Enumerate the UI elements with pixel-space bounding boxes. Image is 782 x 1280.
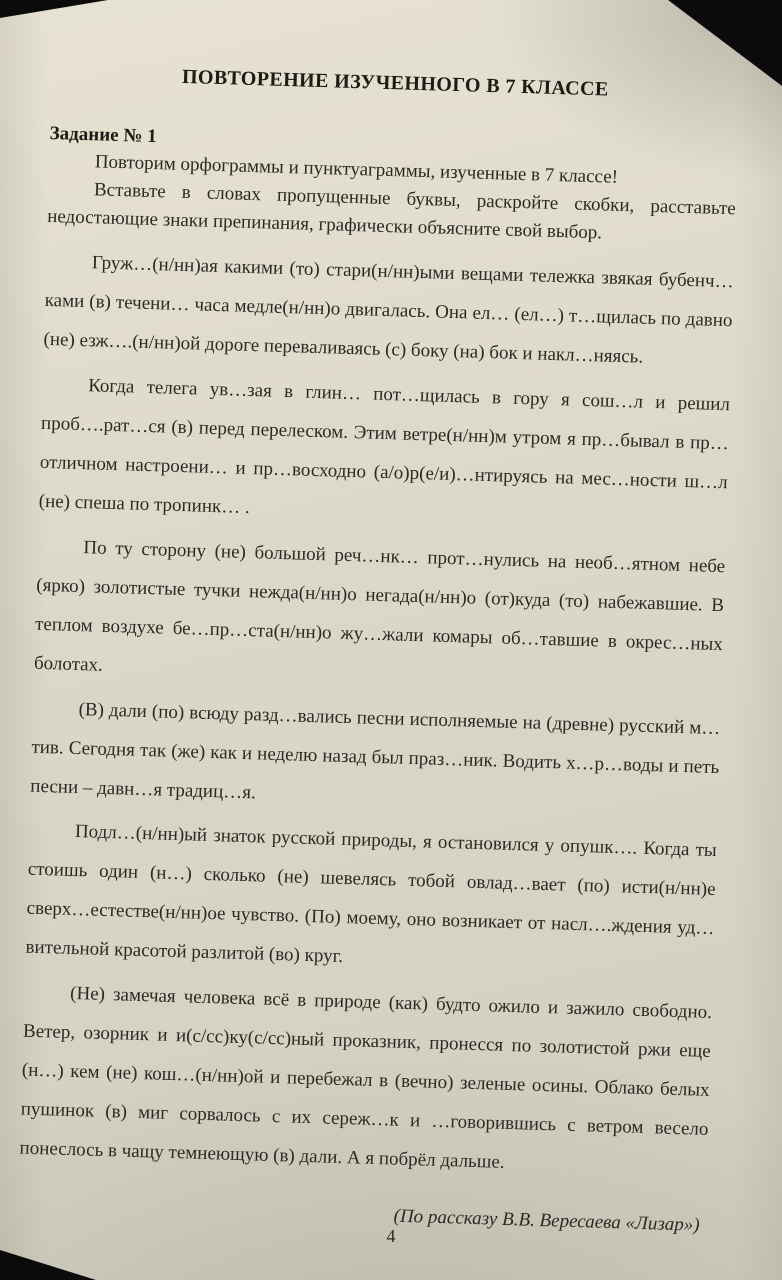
exercise-paragraph: (В) дали (по) всюду разд…вались песни ис… — [30, 689, 721, 826]
exercise-paragraph: Груж…(н/нн)ая какими (то) стари(н/нн)ыми… — [43, 243, 734, 380]
document-page: ПОВТОРЕНИЕ ИЗУЧЕННОГО В 7 КЛАССЕ Задание… — [0, 0, 782, 1280]
exercise-paragraph: Когда телега ув…зая в глин… пот…щилась в… — [38, 366, 730, 542]
page-title: ПОВТОРЕНИЕ ИЗУЧЕННОГО В 7 КЛАССЕ — [51, 62, 739, 105]
exercise-paragraph: По ту сторону (не) большой реч…нк… прот…… — [33, 528, 725, 704]
page-number: 4 — [0, 1226, 782, 1247]
page-content: ПОВТОРЕНИЕ ИЗУЧЕННОГО В 7 КЛАССЕ Задание… — [17, 56, 739, 1239]
exercise-paragraph: Подл…(н/нн)ый знаток русской природы, я … — [25, 812, 717, 988]
exercise-paragraph: (Не) замечая человека всё в природе (как… — [19, 974, 712, 1189]
